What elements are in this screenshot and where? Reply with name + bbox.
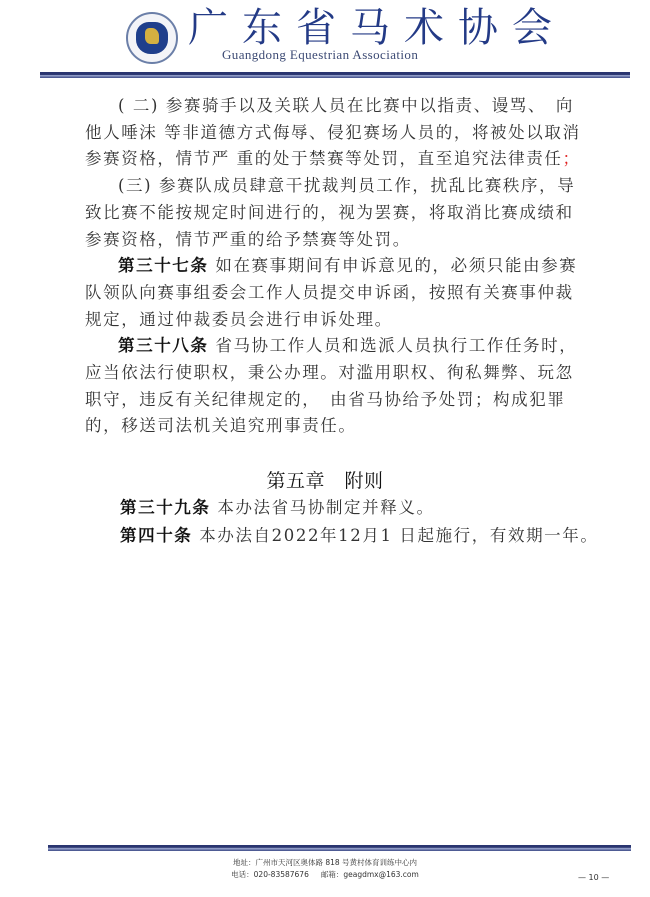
- article-38-title: 第三十八条: [118, 336, 209, 355]
- chapter-heading: 第五章 附则: [0, 466, 650, 493]
- horse-rider-icon: [145, 28, 159, 44]
- footer-email: 邮箱：geagdmx@163.com: [321, 870, 419, 879]
- clause-2-end-punct: ；: [562, 149, 580, 168]
- document-body: ( 二) 参赛骑手以及关联人员在比赛中以指责、谩骂、 向他人唾沫 等非道德方式侮…: [85, 93, 585, 440]
- footer-divider: [48, 845, 631, 851]
- clause-3-text: 参赛队成员肆意干扰裁判员工作，扰乱比赛秩序，导致比赛不能按规定时间进行的，视为罢…: [85, 176, 575, 248]
- clause-2-prefix: ( 二): [118, 96, 166, 115]
- article-40-title: 第四十条: [120, 526, 192, 545]
- association-logo-icon: [126, 12, 178, 64]
- article-39-title: 第三十九条: [120, 498, 211, 517]
- article-39-text: 本办法省马协制定并释义。: [211, 498, 435, 517]
- footer-contact: 地址：广州市天河区奥体路 818 号黄村体育训练中心内 电话：020-83587…: [0, 857, 650, 881]
- final-provisions: 第三十九条 本办法省马协制定并释义。 第四十条 本办法自2022年12月1 日起…: [120, 494, 598, 550]
- footer-phone: 电话：020-83587676: [231, 870, 309, 879]
- article-39: 第三十九条 本办法省马协制定并释义。: [120, 494, 598, 522]
- footer-contact-line: 电话：020-83587676邮箱：geagdmx@163.com: [0, 869, 650, 881]
- article-40-text: 本办法自2022年12月1 日起施行，有效期一年。: [192, 526, 598, 545]
- page-number: — 10 —: [578, 873, 609, 882]
- letterhead: 广东省马术协会 Guangdong Equestrian Association: [0, 0, 650, 90]
- article-37: 第三十七条 如在赛事期间有申诉意见的，必须只能由参赛队领队向赛事组委会工作人员提…: [85, 253, 585, 333]
- footer-address: 地址：广州市天河区奥体路 818 号黄村体育训练中心内: [0, 857, 650, 869]
- org-name-en: Guangdong Equestrian Association: [222, 47, 418, 63]
- clause-2: ( 二) 参赛骑手以及关联人员在比赛中以指责、谩骂、 向他人唾沫 等非道德方式侮…: [85, 93, 585, 173]
- article-37-title: 第三十七条: [118, 256, 209, 275]
- clause-3-prefix: (三): [118, 176, 159, 195]
- article-40: 第四十条 本办法自2022年12月1 日起施行，有效期一年。: [120, 522, 598, 550]
- header-divider: [40, 72, 630, 78]
- article-38: 第三十八条 省马协工作人员和选派人员执行工作任务时，应当依法行使职权，秉公办理。…: [85, 333, 585, 440]
- clause-3: (三) 参赛队成员肆意干扰裁判员工作，扰乱比赛秩序，导致比赛不能按规定时间进行的…: [85, 173, 585, 253]
- org-name-cn: 广东省马术协会: [188, 4, 566, 52]
